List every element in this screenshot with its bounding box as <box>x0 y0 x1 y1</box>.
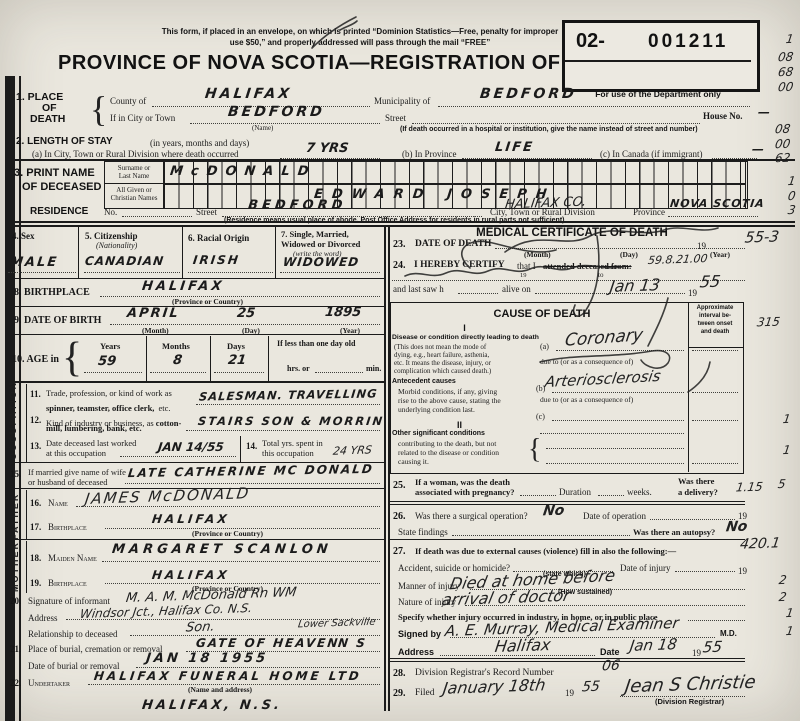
field12-no: 12. <box>30 415 41 425</box>
rule-under-father <box>5 539 385 540</box>
age-days-label: Days <box>227 341 245 351</box>
marital-value: WIDOWED <box>282 255 360 269</box>
column-divider-1 <box>384 227 386 711</box>
mother-maiden-line <box>102 560 380 562</box>
department-note: For use of the Department only <box>562 89 754 99</box>
cell-line-3 <box>275 227 276 279</box>
f27-dateinjury-label: Date of injury <box>620 563 670 573</box>
f26-findings-label: State findings <box>398 527 448 537</box>
certify-struck: attended deceased from: <box>543 261 632 271</box>
residence-no-label: No. <box>104 207 117 217</box>
cause-c-line <box>552 419 684 421</box>
informant-addr-label: Address <box>28 613 58 623</box>
burial-place-label: Place of burial, cremation or removal <box>28 644 162 654</box>
field11-etc: etc. <box>158 403 170 413</box>
dod-line <box>495 247 745 249</box>
dod-hw-code: 55-3 <box>744 227 781 246</box>
margin-code: 1 <box>787 174 797 188</box>
part2-line-2 <box>546 462 684 464</box>
part1-body-1: (This does not mean the mode of <box>394 343 486 351</box>
interval-label-2: interval be- <box>689 313 741 319</box>
age-days-line <box>214 371 264 373</box>
dod-label: DATE OF DEATH <box>415 239 491 249</box>
field1-label-3: DEATH <box>30 113 65 125</box>
f27-specify-line <box>688 619 745 621</box>
part2-body-3: causing it. <box>398 457 429 466</box>
birthplace-value: HALIFAX <box>141 279 225 294</box>
street-label: Street <box>385 113 406 123</box>
interval-line-2 <box>692 391 738 393</box>
part2-body-1: contributing to the death, but not <box>398 439 496 448</box>
f26-opdate-line <box>650 518 735 520</box>
father-side-line <box>26 490 27 540</box>
residence-street-label: Street <box>196 207 217 217</box>
margin-code: 08 <box>777 50 794 65</box>
field19-no: 19. <box>30 578 41 588</box>
rule-under-f25b <box>390 504 745 505</box>
birthplace-label: 8. BIRTHPLACE <box>14 287 90 298</box>
dr-date-19: 19 <box>692 648 701 658</box>
field23-no: 23. <box>393 239 406 250</box>
signedby-label: Signed by <box>398 629 441 639</box>
surname-value: McDONALD <box>169 164 317 179</box>
margin-code: 00 <box>777 80 794 95</box>
cell-underline-1 <box>8 271 76 273</box>
municipality-value: BEDFORD <box>479 86 578 102</box>
f29-label: Filed <box>415 688 435 698</box>
age-months-value: 8 <box>172 353 183 368</box>
f27-dateinjury-line <box>675 570 735 572</box>
rule-under-f26 <box>390 539 745 540</box>
racial-origin-value: IRISH <box>192 253 241 267</box>
margin-code: 3 <box>787 203 797 217</box>
margin-code: 1 <box>785 624 795 638</box>
surname-label-2: Last Name <box>106 172 162 180</box>
father-birthplace-label: Birthplace <box>48 522 87 532</box>
rule-under-signed-a <box>390 658 745 659</box>
field14-value: 24 YRS <box>332 443 373 457</box>
field13-value: JAN 14/55 <box>157 440 224 454</box>
margin-code: 62 <box>774 151 791 166</box>
antecedent-2: rise to the above cause, stating the <box>398 396 501 405</box>
field2b-value: LIFE <box>494 140 535 155</box>
mother-side-label: MOTHER <box>10 544 20 592</box>
interval-line-4 <box>692 462 738 464</box>
undertaker-sub: (Name and address) <box>188 685 252 694</box>
field15-value: LATE CATHERINE MC DONALD <box>127 462 375 480</box>
occupation-side-label: OCCUPATION <box>8 386 18 460</box>
surname-label-1: Surname or <box>106 164 162 172</box>
municipality-line <box>438 105 750 107</box>
lastsaw-hw-year: 55 <box>699 272 722 292</box>
citizenship-label: 5. Citizenship <box>85 231 138 241</box>
sex-label: 4. Sex <box>12 231 35 241</box>
part1-body-4: complication which caused death.) <box>394 367 491 375</box>
field12-value: STAIRS SON & MORRIN <box>197 414 385 428</box>
margin-code: 1 <box>785 32 795 46</box>
field12-line <box>186 429 380 431</box>
f25-hw-1: 1.15 <box>735 479 764 494</box>
occupation-side-line <box>26 384 27 462</box>
birthdate-day: 25 <box>236 306 256 321</box>
field14-label-2: this occupation <box>262 448 314 458</box>
birthdate-month: APRIL <box>126 306 181 321</box>
age-months-label: Months <box>162 341 190 351</box>
field16-no: 16. <box>30 498 41 508</box>
field11-line <box>196 403 380 405</box>
field13-line <box>120 455 236 457</box>
cell-line-2 <box>182 227 183 279</box>
field2-label2: (in years, months and days) <box>150 138 249 148</box>
roman-one: I <box>392 323 537 333</box>
informant-sig-label: Signature of informant <box>28 596 110 606</box>
margin-code: 315 <box>756 315 781 330</box>
f26-opdate-label: Date of operation <box>583 511 646 521</box>
mother-side-line <box>26 541 27 593</box>
f26-op-label: Was there a surgical operation? <box>415 511 528 521</box>
age-years-label: Years <box>100 341 120 351</box>
birthdate-label: 9. DATE OF BIRTH <box>14 315 101 326</box>
interval-label-1: Approximate <box>689 305 741 311</box>
age-hrs-label: hrs. or <box>287 364 310 373</box>
f25-weeks-label: weeks. <box>627 487 652 497</box>
interval-line-1 <box>692 349 738 351</box>
undertaker-value: HALIFAX FUNERAL HOME LTD <box>93 669 362 683</box>
cause-b-label: (b) <box>536 384 545 393</box>
lastsaw-hw-date: Jan 13 <box>609 275 662 296</box>
field3-label-2: OF DECEASED <box>22 181 101 193</box>
mother-maiden-label: Maiden Name <box>48 553 97 563</box>
field14-label-1: Total yrs. spent in <box>262 438 323 448</box>
field13-label-1: Date deceased last worked <box>46 438 136 448</box>
hospital-note: (If death occurred in a hospital or inst… <box>400 126 698 133</box>
field13-label-2: at this occupation <box>46 448 106 458</box>
name-box-label-divider <box>104 183 163 184</box>
field15-label-1: If married give name of wife <box>28 467 126 477</box>
mother-birthplace-value: HALIFAX <box>151 568 230 582</box>
margin-code: 68 <box>777 65 794 80</box>
age-label: 10. AGE in <box>12 354 59 365</box>
mother-birthplace-label: Birthplace <box>48 578 87 588</box>
dr-address-label: Address <box>398 647 434 657</box>
dr-address-hw: Halifax <box>494 635 552 656</box>
margin-code: 1 <box>782 412 792 426</box>
burial-date-line <box>136 666 380 668</box>
f25-duration-label: Duration <box>559 487 591 497</box>
certify-that: that I <box>517 261 536 271</box>
interval-label-4: and death <box>689 329 741 335</box>
given-label-2: Christian Names <box>106 194 162 202</box>
cell-underline-2 <box>84 271 180 273</box>
part1-body-2: dying, e.g., heart failure, asthenia, <box>394 351 489 359</box>
field14-no: 14. <box>246 441 257 451</box>
father-name-label: Name <box>48 498 68 508</box>
given-label-1: All Given or <box>106 186 162 194</box>
medical-title: MEDICAL CERTIFICATE OF DEATH <box>402 227 742 239</box>
cell-line-1 <box>78 227 79 279</box>
field20-no: 20. <box>10 596 21 606</box>
cause-a-label: (a) <box>540 342 549 351</box>
f26-op-hw: No <box>542 503 566 520</box>
field15-no: 15. <box>10 469 21 479</box>
field2c-value: — <box>751 142 765 156</box>
field12-label-2: mill, lumbering, bank, etc. <box>46 423 142 433</box>
margin-code: 0 <box>787 189 797 203</box>
field28-no: 28. <box>393 668 406 679</box>
lastsaw-blank <box>458 292 498 294</box>
interval-label-3: tween onset <box>689 321 741 327</box>
field11-no: 11. <box>30 389 41 399</box>
city-name-sub: (Name) <box>252 124 273 132</box>
residence-province-line <box>668 215 758 217</box>
f25-label-2: associated with pregnancy? <box>415 487 515 497</box>
field11-label-1: Trade, profession, or kind of work as <box>46 388 172 398</box>
city-line <box>190 122 380 124</box>
father-birthplace-sub: (Province or Country) <box>192 529 263 538</box>
part2-brace: { <box>528 434 541 466</box>
undertaker-label: Undertaker <box>28 678 70 688</box>
form-title: PROVINCE OF NOVA SCOTIA—REGISTRATION OF … <box>58 52 636 75</box>
certify-19: 19 <box>520 272 527 279</box>
roman-two: II <box>392 420 527 430</box>
field26-no: 26. <box>393 511 406 522</box>
citizenship-value: CANADIAN <box>84 254 165 268</box>
dr-date-year-hw: 55 <box>702 638 724 657</box>
municipality-label: Municipality of <box>374 96 430 106</box>
residence-division-value: HALIFAX CO. <box>504 195 587 213</box>
city-label: If in City or Town <box>110 113 175 123</box>
age-days-value: 21 <box>227 353 247 368</box>
birthplace-sub: (Province or Country) <box>172 297 243 306</box>
f29-year-hw: 55 <box>581 679 601 696</box>
field21-no: 21. <box>10 644 21 654</box>
antecedent-1: Morbid conditions, if any, giving <box>398 387 497 396</box>
f26-autopsy-hw: No <box>725 519 749 536</box>
field11-value: SALESMAN. TRAVELLING <box>198 386 378 403</box>
field18-no: 18. <box>30 553 41 563</box>
dr-date-hw: Jan 18 <box>629 635 678 655</box>
f25-blank-1 <box>520 494 556 496</box>
field25-no: 25. <box>393 480 406 491</box>
registrar-sub: (Division Registrar) <box>655 697 724 706</box>
thick-rule-1 <box>5 221 795 223</box>
field15-line <box>125 482 380 484</box>
burial-date-value: JAN 18 1955 <box>145 651 269 666</box>
field13-no: 13. <box>30 441 41 451</box>
age-years-value: 59 <box>97 354 117 369</box>
cause-c-label: (c) <box>536 412 545 421</box>
part1-body-3: etc. It means the disease, injury, or <box>394 359 491 367</box>
f25-hw-2: 5 <box>777 477 787 491</box>
house-no-label: House No. <box>703 111 743 121</box>
father-name-line <box>76 505 380 507</box>
field2-label: 2. LENGTH OF STAY <box>16 136 113 147</box>
rule-under-f25a <box>390 501 745 502</box>
residence-province-label: Province <box>633 207 665 217</box>
marital-label-1: 7. Single, Married, <box>281 229 349 239</box>
cell-underline-4 <box>280 271 380 273</box>
alive-19: 19 <box>688 288 697 298</box>
mother-maiden-value: MARGARET SCANLON <box>111 542 332 557</box>
certify-line <box>392 279 745 281</box>
city-value: BEDFORD <box>227 104 326 120</box>
field24-no: 24. <box>393 260 406 271</box>
field3-label-1: 3. PRINT NAME <box>14 167 95 179</box>
antecedent-3: underlying condition last. <box>398 405 475 414</box>
marital-label-2: Widowed or Divorced <box>281 239 360 249</box>
registrar-signature: Jean S Christie <box>624 672 757 698</box>
age-hrs-line <box>315 371 363 373</box>
field27-no: 27. <box>393 546 406 557</box>
burial-place-value2: N S <box>337 636 368 650</box>
age-years-line <box>84 371 142 373</box>
dr-date-label: Date <box>600 647 620 657</box>
certify-label: I HEREBY CERTIFY <box>414 260 505 270</box>
field22-no: 22. <box>10 678 21 688</box>
rule-under-f10 <box>5 381 385 383</box>
house-no-value: — <box>757 105 771 119</box>
death-certificate-scan: This form, if placed in an envelope, on … <box>0 0 800 721</box>
f27-19: 19 <box>738 566 747 576</box>
dod-19: 19 <box>697 241 706 251</box>
cause-extra-line <box>540 432 684 434</box>
field11-bold: spinner, teamster, office clerk, <box>46 403 154 413</box>
street-line <box>412 122 700 124</box>
field2c-label: (c) In Canada (if immigrant) <box>600 149 702 159</box>
f26-findings-line <box>452 534 630 536</box>
part2-line-1 <box>546 447 684 449</box>
cause-title: CAUSE OF DEATH <box>402 308 682 320</box>
cause-b-line <box>552 391 684 393</box>
interval-col-line <box>688 346 689 472</box>
lastsaw-label: and last saw h <box>393 284 444 294</box>
birthdate-line <box>110 323 380 325</box>
part2-head: Other significant conditions <box>392 430 485 437</box>
residence-label: RESIDENCE <box>30 206 88 217</box>
f25-delivery-label: a delivery? <box>678 487 718 497</box>
f13-f14-divider <box>240 436 241 462</box>
field29-no: 29. <box>393 688 406 699</box>
alive-label: alive on <box>502 284 531 294</box>
field2a-label: (a) In City, Town or Rural Division wher… <box>32 149 239 159</box>
county-label: County of <box>110 96 146 106</box>
serial-number: 001211 <box>648 31 728 53</box>
age-brace: { <box>62 334 82 382</box>
interval-line-3 <box>692 419 738 421</box>
residence-no-line <box>122 215 192 217</box>
age-line-1 <box>146 336 147 381</box>
serial-prefix: 02- <box>576 30 605 53</box>
antecedent-head: Antecedent causes <box>392 378 456 385</box>
field12-bold1: cotton- <box>156 418 182 428</box>
cause-dueto-2: due to (or as a consequence of) <box>540 395 633 404</box>
field17-no: 17. <box>30 522 41 532</box>
age-months-line <box>150 371 206 373</box>
age-line-2 <box>210 336 211 381</box>
informant-rel-extra: Lower Sackville <box>297 617 376 631</box>
dod-month-sub: (Month) <box>524 250 551 259</box>
f29-date-hw: January 18th <box>442 675 547 698</box>
margin-code: 1 <box>782 443 792 457</box>
f28-hw: 06 <box>601 658 621 675</box>
dod-year-sub: (Year) <box>710 250 730 259</box>
margin-code: 08 <box>774 122 791 137</box>
age-less-label: If less than one day old <box>277 339 355 348</box>
margin-code: 1 <box>785 606 795 620</box>
f29-19: 19 <box>565 688 574 698</box>
field1-brace: { <box>90 88 107 130</box>
racial-origin-label: 6. Racial Origin <box>188 233 249 243</box>
f25-blank-2 <box>598 494 624 496</box>
cell-underline-3 <box>188 271 273 273</box>
citizenship-sub: (Nationality) <box>96 241 137 250</box>
serial-box-divider <box>565 60 751 62</box>
f25-wasthere-label: Was there <box>678 476 714 486</box>
field2b-label: (b) In Province <box>402 149 456 159</box>
f27-code-hw: 420.1 <box>739 535 781 552</box>
sex-value: MALE <box>9 255 59 270</box>
age-line-3 <box>268 336 269 381</box>
residence-street-value: BEDFORD <box>247 198 347 213</box>
burial-place-value: GATE OF HEAVEN <box>195 636 340 650</box>
residence-province-value: NOVA SCOTIA <box>669 197 765 210</box>
dod-day-sub: (Day) <box>620 250 638 259</box>
cause-dueto-1: due to (or as a consequence of) <box>540 357 633 366</box>
f26-autopsy-label: Was there an autopsy? <box>633 527 715 537</box>
margin-code: 2 <box>778 573 788 587</box>
undertaker-city-value: HALIFAX, N.S. <box>141 698 283 713</box>
rule-under-signed-b <box>390 661 745 662</box>
field2a-value: 7 YRS <box>305 141 349 156</box>
part1-head: Disease or condition directly leading to… <box>392 334 542 341</box>
county-value: HALIFAX <box>204 86 293 102</box>
f25-label-1: If a woman, was the death <box>415 477 510 487</box>
age-min-label: min. <box>366 364 381 373</box>
margin-code: 00 <box>774 137 791 152</box>
f27-head: If death was due to external causes (vio… <box>415 546 676 556</box>
father-side-label: FATHER <box>10 492 20 540</box>
informant-rel-label: Relationship to deceased <box>28 629 117 639</box>
birthdate-year: 1895 <box>324 305 362 320</box>
certify-code-hw: 59.8.21.00 <box>647 252 708 267</box>
dr-address-line <box>440 654 595 656</box>
field15-label-2: or husband of deceased <box>28 477 108 487</box>
part2-body-2: related to the disease or condition <box>398 448 499 457</box>
father-birthplace-value: HALIFAX <box>151 512 230 526</box>
certify-to: to <box>598 271 603 279</box>
margin-code: 2 <box>778 590 788 604</box>
